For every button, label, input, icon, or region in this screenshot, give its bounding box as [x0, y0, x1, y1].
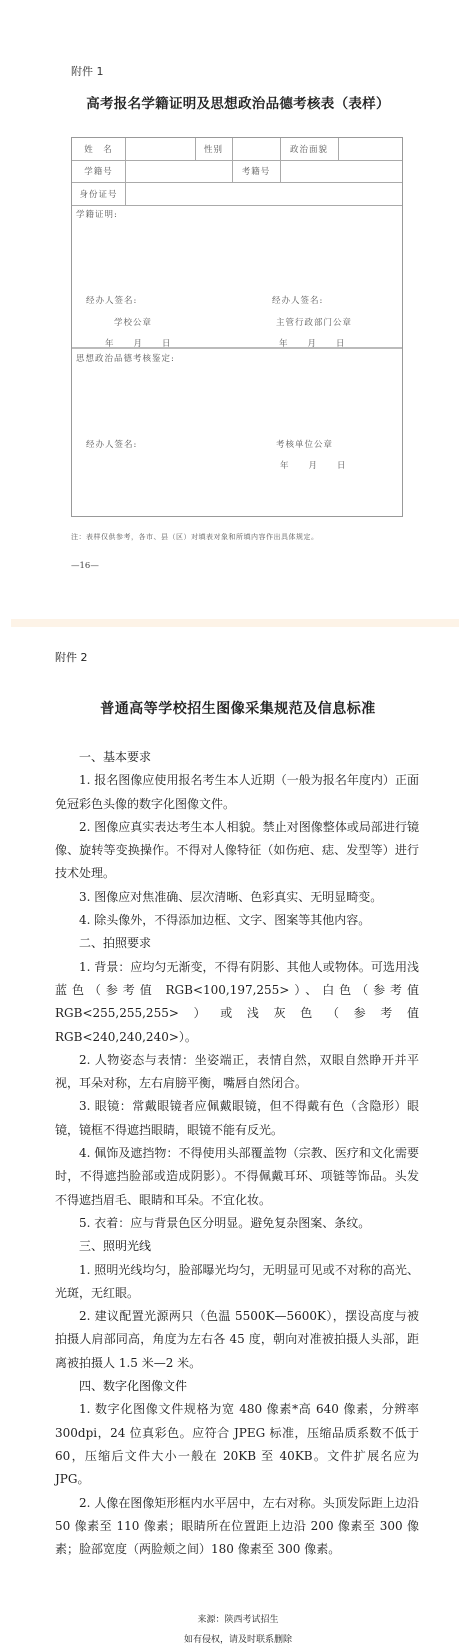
moral-signer-label: 经办人签名:	[86, 438, 137, 450]
attachment-1-label: 附件 1	[71, 63, 104, 79]
section-heading-photo: 二、拍照要求	[55, 932, 419, 955]
paragraph: 1. 照明光线均匀，脸部曝光均匀，无明显可见或不对称的高光、光斑，无红眼。	[55, 1259, 419, 1306]
source-credit: 来源：陕西考试招生	[0, 1612, 476, 1625]
paragraph: 2. 人像在图像矩形框内水平居中，左右对称。头顶发际距上边沿 50 像素至 11…	[55, 1492, 419, 1562]
page-separator	[11, 619, 459, 627]
paragraph: 3. 眼镜：常戴眼镜者应佩戴眼镜，但不得戴有色（含隐形）眼镜，镜框不得遮挡眼睛，…	[55, 1095, 419, 1142]
attachment-2-label: 附件 2	[55, 649, 88, 665]
dept-signer-label: 经办人签名:	[272, 294, 323, 306]
exam-id-label: 考籍号	[232, 160, 280, 182]
page-number: —16—	[71, 561, 99, 571]
standard-body: 一、基本要求 1. 报名图像应使用报名考生本人近期（一般为报名年度内）正面免冠彩…	[55, 746, 419, 1561]
row-divider	[72, 205, 402, 206]
assessment-form-table: 姓 名 性别 政治面貌 学籍号 考籍号 身份证号 学籍证明: 经办人签名: 学校…	[71, 137, 403, 517]
paragraph: 2. 建议配置光源两只（色温 5500K—5600K），摆设高度与被拍摄人肩部同…	[55, 1305, 419, 1375]
paragraph: 2. 图像应真实表达考生本人相貌。禁止对图像整体或局部进行镜像、旋转等变换操作。…	[55, 816, 419, 886]
paragraph: 1. 数字化图像文件规格为宽 480 像素*高 640 像素，分辨率 300dp…	[55, 1398, 419, 1491]
moral-assessment-heading: 思想政治品德考核鉴定:	[76, 352, 175, 364]
section-heading-digital: 四、数字化图像文件	[55, 1375, 419, 1398]
paragraph: 4. 佩饰及遮挡物：不得使用头部覆盖物（宗教、医疗和文化需要时，不得遮挡脸部或造…	[55, 1142, 419, 1212]
id-card-field[interactable]	[125, 182, 402, 205]
name-field[interactable]	[125, 138, 195, 160]
section-heading-lighting: 三、照明光线	[55, 1235, 419, 1258]
student-id-label: 学籍号	[72, 160, 125, 182]
gender-label: 性别	[195, 138, 232, 160]
paragraph: 2. 人物姿态与表情：坐姿端正，表情自然，双眼自然睁开并平视，耳朵对称，左右肩膀…	[55, 1049, 419, 1096]
id-card-label: 身份证号	[72, 182, 125, 205]
school-seal-label: 学校公章	[114, 316, 152, 328]
political-status-label: 政治面貌	[280, 138, 338, 160]
section-heading-basic: 一、基本要求	[55, 746, 419, 769]
exam-id-field[interactable]	[280, 160, 402, 182]
school-date-label: 年 月 日	[105, 337, 172, 349]
paragraph: 3. 图像应对焦准确、层次清晰、色彩真实、无明显畸变。	[55, 886, 419, 909]
assessor-seal-label: 考核单位公章	[276, 438, 333, 450]
enrollment-proof-heading: 学籍证明:	[76, 208, 118, 220]
school-signer-label: 经办人签名:	[86, 294, 137, 306]
dept-date-label: 年 月 日	[279, 337, 346, 349]
paragraph: 1. 报名图像应使用报名考生本人近期（一般为报名年度内）正面免冠彩色头像的数字化…	[55, 769, 419, 816]
gender-field[interactable]	[232, 138, 280, 160]
name-label: 姓 名	[72, 138, 125, 160]
dept-seal-label: 主管行政部门公章	[276, 316, 352, 328]
political-status-field[interactable]	[338, 138, 402, 160]
standard-title: 普通高等学校招生图像采集规范及信息标准	[0, 698, 476, 718]
form-note: 注：表样仅供参考，各市、县（区）对填表对象和所填内容作出具体规定。	[71, 532, 319, 542]
copyright-disclaimer: 如有侵权，请及时联系删除	[0, 1632, 476, 1645]
paragraph: 5. 衣着：应与背景色区分明显。避免复杂图案、条纹。	[55, 1212, 419, 1235]
student-id-field[interactable]	[125, 160, 232, 182]
form-title: 高考报名学籍证明及思想政治品德考核表（表样）	[0, 92, 476, 112]
assessor-date-label: 年 月 日	[280, 459, 347, 471]
paragraph: 4. 除头像外，不得添加边框、文字、图案等其他内容。	[55, 909, 419, 932]
paragraph: 1. 背景：应均匀无渐变，不得有阴影、其他人或物体。可选用浅蓝色（参考值 RGB…	[55, 956, 419, 1049]
